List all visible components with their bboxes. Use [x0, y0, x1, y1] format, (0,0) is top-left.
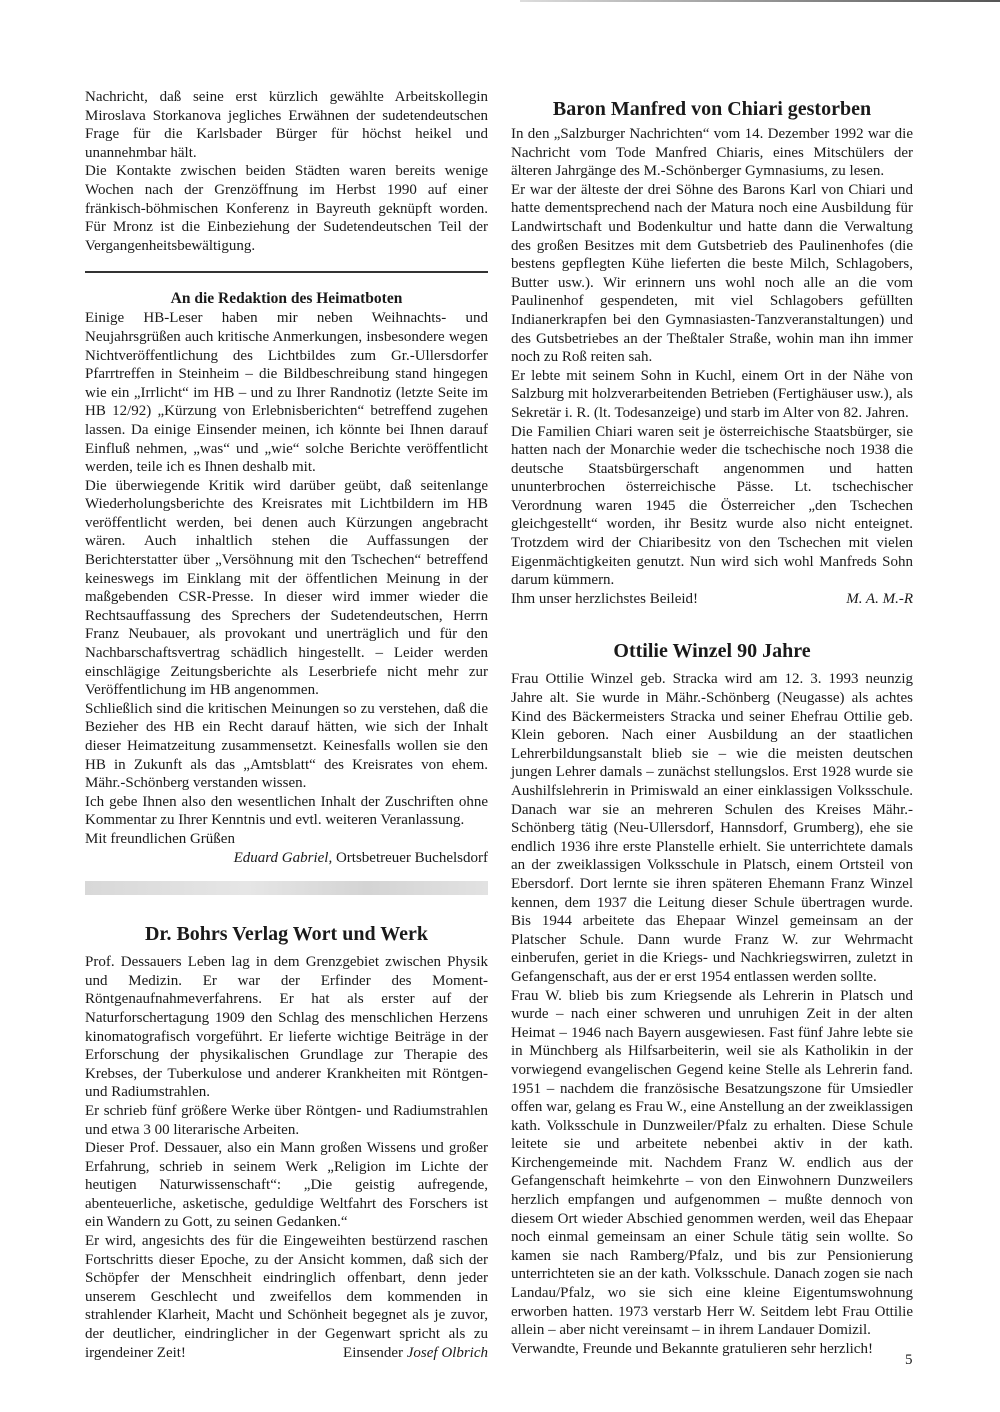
closing-line: Ihm unser herzlichstes Beileid! M. A. M.…: [511, 590, 913, 609]
signature-role: Ortsbetreuer Buchelsdorf: [332, 850, 488, 866]
article-paragraph: Prof. Dessauers Leben lag in dem Grenzge…: [85, 953, 488, 1102]
letter-signature: Eduard Gabriel, Ortsbetreuer Buchelsdorf: [85, 849, 488, 868]
sender-label: Einsender: [343, 1345, 407, 1361]
article-paragraph: Er war der älteste der drei Söhne des Ba…: [511, 181, 913, 367]
letter-title: An die Redaktion des Heimatboten: [85, 289, 488, 309]
article-paragraph: Er wird, angesichts des für die Eingewei…: [85, 1232, 488, 1362]
scan-edge-artifact: [520, 0, 1000, 2]
letter-paragraph: Ich gebe Ihnen also den wesentlichen Inh…: [85, 793, 488, 830]
article-title-winzel: Ottilie Winzel 90 Jahre: [511, 638, 913, 664]
article-paragraph: Verwandte, Freunde und Bekannte gratulie…: [511, 1340, 913, 1359]
letter-paragraph: Einige HB-Leser haben mir neben Weihnach…: [85, 309, 488, 476]
article-paragraph: Frau Ottilie Winzel geb. Stracka wird am…: [511, 670, 913, 986]
article-title-chiari: Baron Manfred von Chiari gestorben: [511, 96, 913, 122]
article-paragraph: Er lebte mit seinem Sohn in Kuchl, einem…: [511, 367, 913, 423]
article-paragraph: In den „Salzburger Nachrichten“ vom 14. …: [511, 125, 913, 181]
letter-paragraph: Mit freundlichen Grüßen: [85, 830, 488, 849]
article-paragraph: Er schrieb fünf größere Werke über Röntg…: [85, 1102, 488, 1139]
letter-paragraph: Schließlich sind die kritischen Meinunge…: [85, 700, 488, 793]
author-initials: M. A. M.-R: [846, 590, 913, 609]
sender-name: Josef Olbrich: [407, 1345, 488, 1361]
closing-text: Ihm unser herzlichstes Beileid!: [511, 590, 698, 609]
article-title-bohrs: Dr. Bohrs Verlag Wort und Werk: [85, 921, 488, 947]
right-column: Baron Manfred von Chiari gestorben In de…: [511, 96, 913, 1358]
letter-paragraph: Die überwiegende Kritik wird darüber geü…: [85, 477, 488, 700]
page-number: 5: [905, 1352, 913, 1369]
article-paragraph: Frau W. blieb bis zum Kriegsende als Leh…: [511, 987, 913, 1340]
intro-paragraph: Nachricht, daß seine erst kürzlich gewäh…: [85, 88, 488, 162]
grey-separator-bar: [85, 881, 488, 895]
article-paragraph: Dieser Prof. Dessauer, also ein Mann gro…: [85, 1139, 488, 1232]
left-column: Nachricht, daß seine erst kürzlich gewäh…: [85, 88, 488, 1362]
article-paragraph: Die Familien Chiari waren seit je österr…: [511, 423, 913, 590]
signature-name: Eduard Gabriel,: [234, 850, 333, 866]
section-divider: [85, 271, 488, 273]
intro-paragraph: Die Kontakte zwischen beiden Städten war…: [85, 162, 488, 255]
